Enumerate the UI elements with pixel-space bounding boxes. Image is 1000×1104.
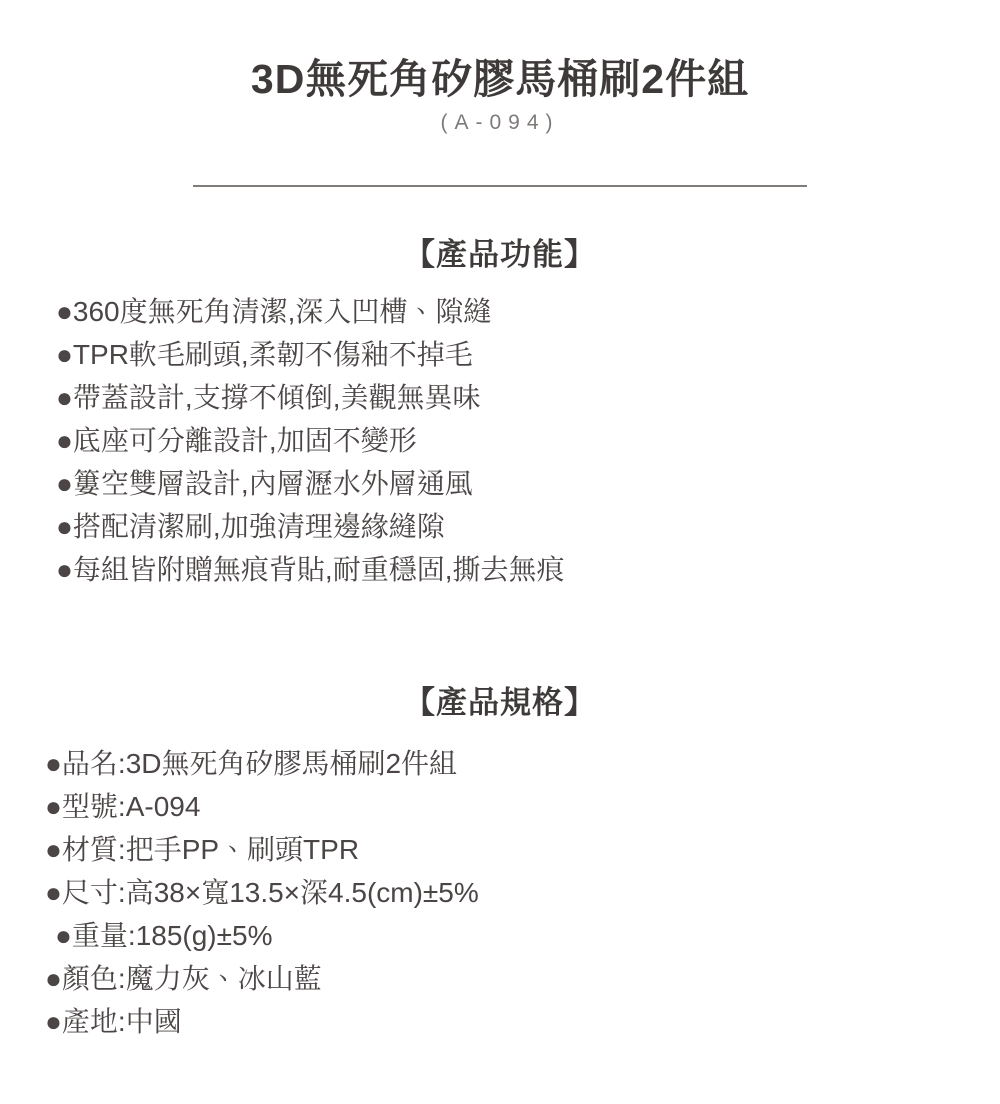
spec-item-model: ●型號:A-094: [45, 785, 1000, 828]
feature-item: ●簍空雙層設計,內層瀝水外層通風: [56, 462, 1000, 505]
feature-item: ●帶蓋設計,支撐不傾倒,美觀無異味: [56, 376, 1000, 419]
divider: [193, 185, 807, 187]
specs-section-heading: 【產品規格】: [0, 677, 1000, 722]
spec-item-dimensions: ●尺寸:高38×寬13.5×深4.5(cm)±5%: [45, 871, 1000, 914]
feature-item: ●360度無死角清潔,深入凹槽、隙縫: [56, 290, 1000, 333]
spec-item-origin: ●產地:中國: [45, 1000, 1000, 1043]
features-list: ●360度無死角清潔,深入凹槽、隙縫 ●TPR軟毛刷頭,柔韌不傷釉不掉毛 ●帶蓋…: [0, 290, 1000, 591]
model-code: (A-094): [0, 111, 1000, 135]
specs-list: ●品名:3D無死角矽膠馬桶刷2件組 ●型號:A-094 ●材質:把手PP、刷頭T…: [0, 742, 1000, 1043]
spec-item-color: ●顏色:魔力灰、冰山藍: [45, 957, 1000, 1000]
spec-item-weight: ●重量:185(g)±5%: [45, 914, 1000, 957]
feature-item: ●每組皆附贈無痕背貼,耐重穩固,撕去無痕: [56, 548, 1000, 591]
feature-item: ●TPR軟毛刷頭,柔韌不傷釉不掉毛: [56, 333, 1000, 376]
features-section-heading: 【產品功能】: [0, 229, 1000, 274]
feature-item: ●搭配清潔刷,加強清理邊緣縫隙: [56, 505, 1000, 548]
page-title: 3D無死角矽膠馬桶刷2件組: [0, 56, 1000, 103]
spec-item-material: ●材質:把手PP、刷頭TPR: [45, 828, 1000, 871]
product-info-page: 3D無死角矽膠馬桶刷2件組 (A-094) 【產品功能】 ●360度無死角清潔,…: [0, 0, 1000, 1104]
spec-item-name: ●品名:3D無死角矽膠馬桶刷2件組: [45, 742, 1000, 785]
feature-item: ●底座可分離設計,加固不變形: [56, 419, 1000, 462]
